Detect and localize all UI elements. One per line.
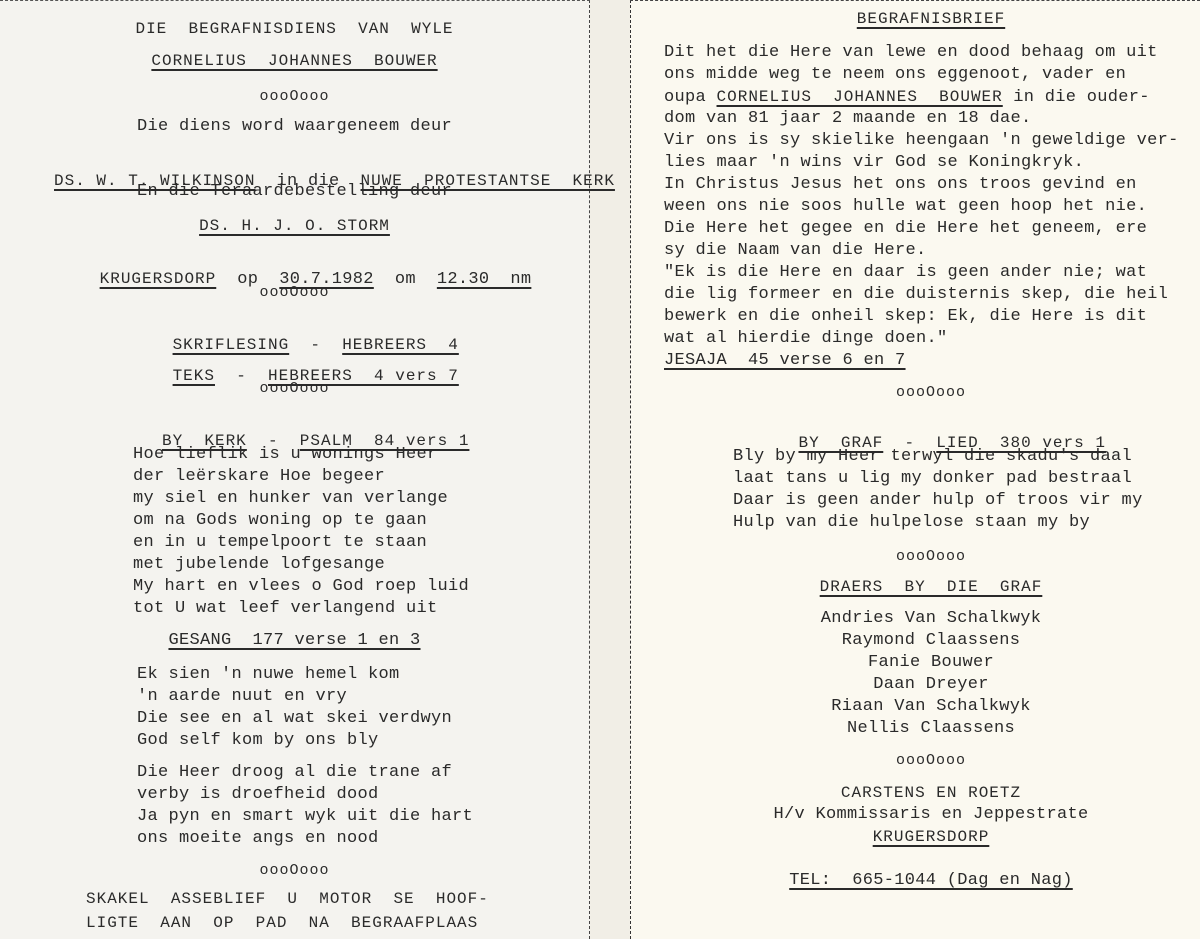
bearer: Nellis Claassens xyxy=(631,719,1200,739)
service-intro: Die diens word waargeneem deur xyxy=(0,117,589,137)
psalm-line: My hart en vlees o God roep luid xyxy=(133,577,469,597)
psalm-line: om na Gods woning op te gaan xyxy=(133,511,427,531)
letter-name-line: oupa CORNELIUS JOHANNES BOUWER in die ou… xyxy=(664,87,1150,108)
hymn-line: God self kom by ons bly xyxy=(137,731,379,751)
letter-line: wat al hierdie dinge doen." xyxy=(664,329,948,349)
psalm-line: en in u tempelpoort te staan xyxy=(133,533,427,553)
hymn-ref: GESANG 177 verse 1 en 3 xyxy=(168,631,420,650)
song-line: Hulp van die hulpelose staan my by xyxy=(733,513,1090,533)
letter-line: In Christus Jesus het ons ons troos gevi… xyxy=(664,175,1137,195)
song-line: Bly by my Heer terwyl die skadu's daal xyxy=(733,447,1132,467)
programme-title: DIE BEGRAFNISDIENS VAN WYLE xyxy=(0,19,589,39)
bearer: Raymond Claassens xyxy=(631,631,1200,651)
deceased-name: CORNELIUS JOHANNES BOUWER xyxy=(151,52,437,70)
letter-line: lies maar 'n wins vir God se Koningkryk. xyxy=(664,153,1084,173)
separator: oooOooo xyxy=(0,283,589,303)
hymn-line: Die see en al wat skei verdwyn xyxy=(137,709,452,729)
undertaker-town: KRUGERSDORP xyxy=(873,828,990,846)
psalm-line: der leërskare Hoe begeer xyxy=(133,467,385,487)
bearers-title: DRAERS BY DIE GRAF xyxy=(820,578,1043,596)
undertaker-phone: TEL: 665-1044 (Dag en Nag) xyxy=(789,871,1073,890)
funeral-letter-page: BEGRAFNISBRIEF Dit het die Here van lewe… xyxy=(630,0,1200,939)
deceased-name: CORNELIUS JOHANNES BOUWER xyxy=(717,88,1003,106)
hymn-line: verby is droefheid dood xyxy=(137,785,379,805)
isaiah-ref: JESAJA 45 verse 6 en 7 xyxy=(664,351,906,370)
letter-line: ween ons nie soos hulle wat geen hoop he… xyxy=(664,197,1147,217)
page-gap xyxy=(590,0,630,939)
headlights-notice: LIGTE AAN OP PAD NA BEGRAAFPLAAS xyxy=(86,913,478,933)
separator: oooOooo xyxy=(0,861,589,881)
separator: oooOooo xyxy=(631,383,1200,403)
headlights-notice: SKAKEL ASSEBLIEF U MOTOR SE HOOF- xyxy=(86,889,489,909)
separator: oooOooo xyxy=(0,379,589,399)
undertaker-name: CARSTENS EN ROETZ xyxy=(631,783,1200,803)
bearer: Riaan Van Schalkwyk xyxy=(631,697,1200,717)
letter-line: "Ek is die Here en daar is geen ander ni… xyxy=(664,263,1147,283)
bearer: Fanie Bouwer xyxy=(631,653,1200,673)
psalm-line: tot U wat leef verlangend uit xyxy=(133,599,438,619)
letter-line: dom van 81 jaar 2 maande en 18 dae. xyxy=(664,109,1032,129)
psalm-line: my siel en hunker van verlange xyxy=(133,489,448,509)
undertaker-address: H/v Kommissaris en Jeppestrate xyxy=(631,805,1200,825)
funeral-programme-page: DIE BEGRAFNISDIENS VAN WYLE CORNELIUS JO… xyxy=(0,0,590,939)
letter-line: Dit het die Here van lewe en dood behaag… xyxy=(664,43,1158,63)
hymn-line: 'n aarde nuut en vry xyxy=(137,687,347,707)
prefix: oupa xyxy=(664,88,717,107)
letter-line: Die Here het gegee en die Here het genee… xyxy=(664,219,1147,239)
bearer: Andries Van Schalkwyk xyxy=(631,609,1200,629)
suffix: in die ouder- xyxy=(1003,88,1150,107)
separator: oooOooo xyxy=(631,751,1200,771)
bearer: Daan Dreyer xyxy=(631,675,1200,695)
separator: oooOooo xyxy=(0,87,589,107)
hymn-line: Ja pyn en smart wyk uit die hart xyxy=(137,807,473,827)
song-line: laat tans u lig my donker pad bestraal xyxy=(733,469,1132,489)
letter-line: bewerk en die onheil skep: Ek, die Here … xyxy=(664,307,1147,327)
hymn-line: ons moeite angs en nood xyxy=(137,829,379,849)
hymn-line: Ek sien 'n nuwe hemel kom xyxy=(137,665,400,685)
letter-line: die lig formeer en die duisternis skep, … xyxy=(664,285,1168,305)
song-line: Daar is geen ander hulp of troos vir my xyxy=(733,491,1143,511)
letter-line: ons midde weg te neem ons eggenoot, vade… xyxy=(664,65,1126,85)
separator: oooOooo xyxy=(631,547,1200,567)
letter-title: BEGRAFNISBRIEF xyxy=(857,10,1005,28)
burial-intro: En die Teraardebestelling deur xyxy=(0,182,589,202)
hymn-line: Die Heer droog al die trane af xyxy=(137,763,452,783)
burial-minister: DS. H. J. O. STORM xyxy=(199,217,390,235)
psalm-line: Hoe lieflik is u wonings Heer xyxy=(133,445,438,465)
letter-line: Vir ons is sy skielike heengaan 'n gewel… xyxy=(664,131,1179,151)
psalm-line: met jubelende lofgesange xyxy=(133,555,385,575)
letter-line: sy die Naam van die Here. xyxy=(664,241,927,261)
